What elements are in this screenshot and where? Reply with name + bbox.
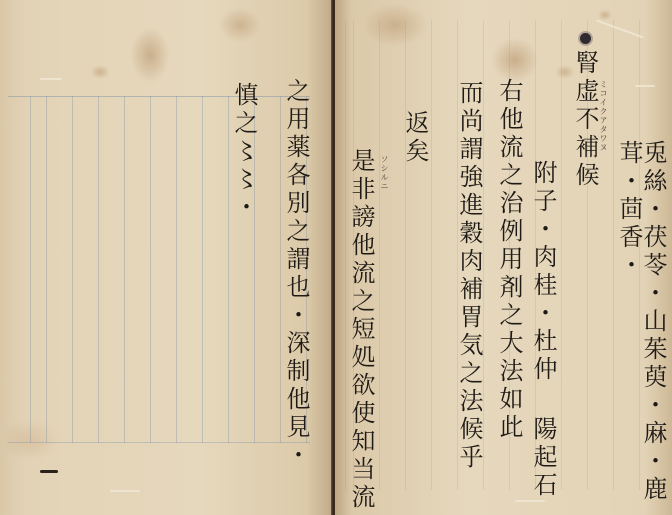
paper-damage — [40, 470, 58, 473]
left-page: 之用薬各別之謂也・深制他見・ 慎之〻〻・ — [0, 0, 333, 515]
text-column-5: 而尚謂強進穀肉補胃気之法候乎 — [457, 80, 481, 472]
ruled-grid — [8, 96, 310, 443]
paper-damage — [40, 78, 62, 80]
furigana: ソシルニ — [379, 155, 390, 191]
text-column-1: 腎虚不補候 — [573, 50, 597, 190]
text-column-6: 返矣 — [403, 110, 427, 166]
text-column-9: 慎之〻〻・ — [232, 82, 256, 222]
paper-damage — [635, 85, 655, 87]
right-page: 腎虚不補候 ミコイクアタワヌ 兎絲・茯苓・山茱萸・麻・鹿茸・茴香・ 附子・肉桂・… — [335, 0, 672, 515]
text-column-2: 兎絲・茯苓・山茱萸・麻・鹿茸・茴香・ — [617, 140, 665, 515]
text-column-7: 是非謗他流之短処欲使知当流 — [349, 148, 373, 512]
furigana: ミコイクアタワヌ — [598, 80, 609, 152]
text-column-8: 之用薬各別之謂也・深制他見・ — [284, 78, 308, 470]
heading-marker-icon — [580, 33, 591, 44]
paper-damage — [110, 490, 140, 492]
book-spread: 之用薬各別之謂也・深制他見・ 慎之〻〻・ 腎虚不補候 ミコイクアタワヌ 兎絲・茯… — [0, 0, 672, 515]
text-column-4: 右他流之治例用剤之大法如此 — [497, 78, 521, 442]
paper-damage — [515, 500, 545, 502]
text-column-3: 附子・肉桂・杜仲 陽起石 — [531, 160, 555, 500]
